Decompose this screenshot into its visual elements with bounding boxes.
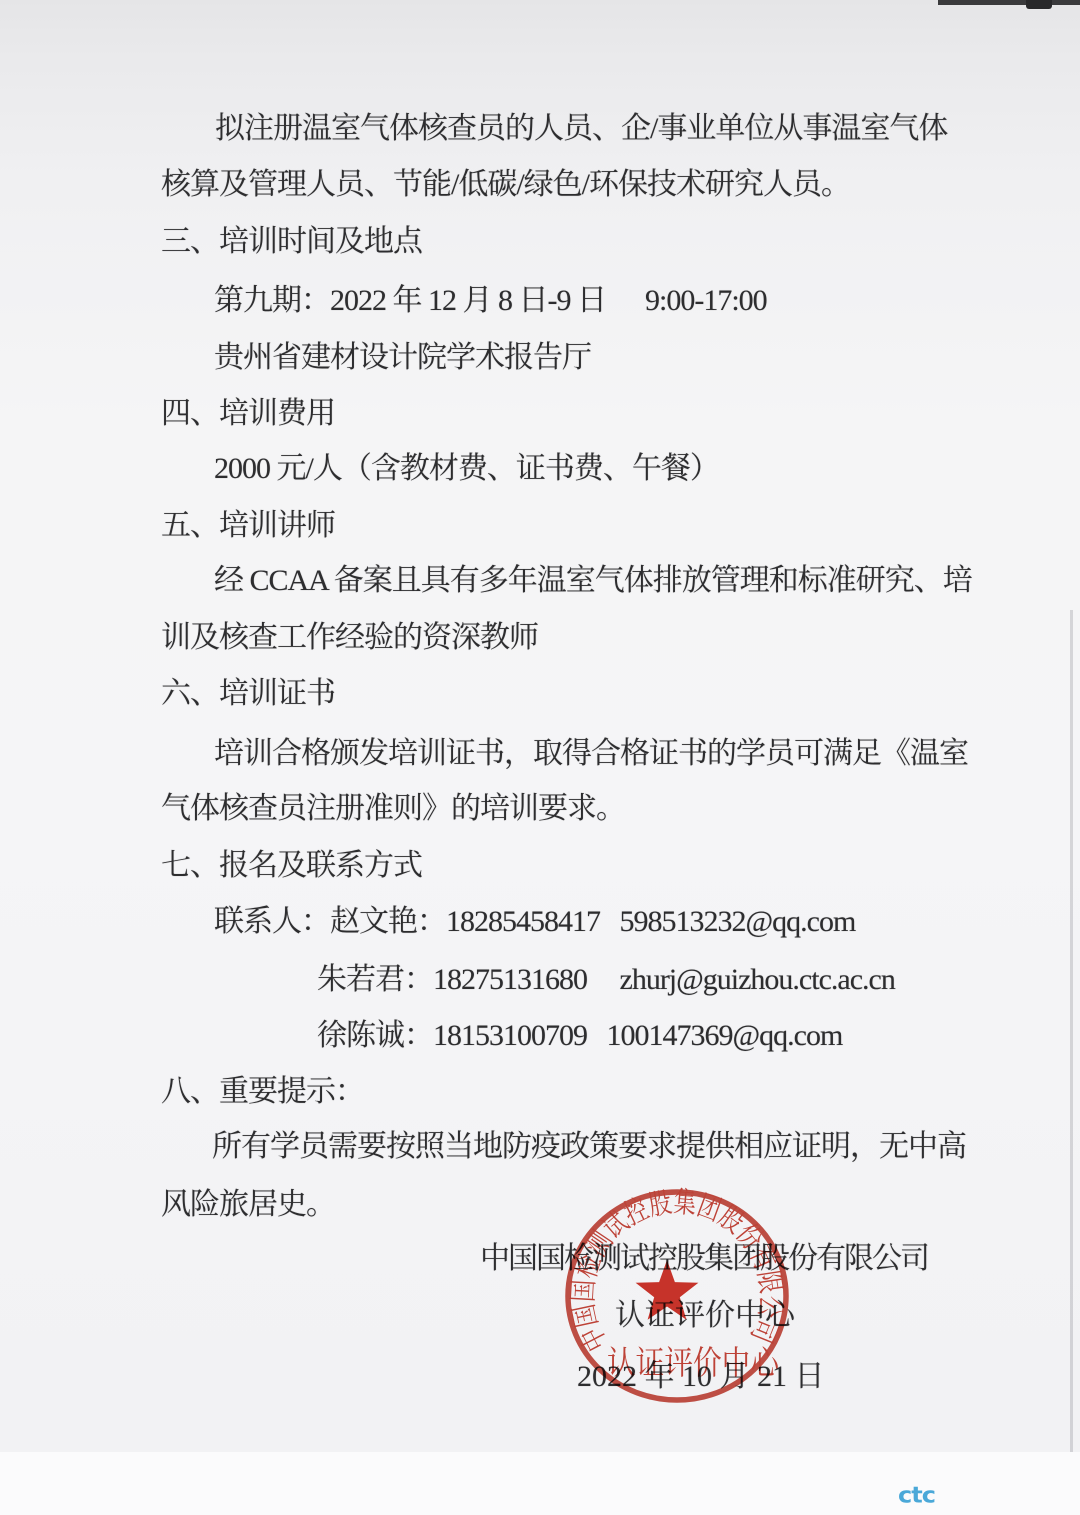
doc-line-audience-1: 拟注册温室气体核查员的人员、企/事业单位从事温室气体 bbox=[215, 112, 947, 147]
scan-edge-line bbox=[1070, 610, 1073, 1452]
seal-star-icon bbox=[636, 1260, 699, 1320]
section-5-heading: 五、培训讲师 bbox=[161, 509, 335, 544]
doc-line-contact-3: 徐陈诚：18153100709 100147369@qq.com bbox=[317, 1019, 842, 1054]
doc-line-audience-2: 核算及管理人员、节能/低碳/绿色/环保技术研究人员。 bbox=[161, 168, 850, 203]
company-seal: 中国国检测试控股集团股份有限公司 认证评价中心 bbox=[555, 1182, 805, 1422]
seal-ring-text: 中国国检测试控股集团股份有限公司 bbox=[568, 1185, 787, 1356]
doc-line-contact-1: 联系人：赵文艳：18285458417 598513232@qq.com bbox=[214, 905, 855, 940]
doc-line-certificate-1: 培训合格颁发培训证书，取得合格证书的学员可满足《温室 bbox=[214, 737, 968, 772]
ctc-logo: ctc bbox=[898, 1482, 935, 1508]
section-4-heading: 四、培训费用 bbox=[161, 397, 335, 432]
doc-line-lecturer-1: 经 CCAA 备案且具有多年温室气体排放管理和标准研究、培 bbox=[214, 564, 972, 599]
doc-line-lecturer-2: 训及核查工作经验的资深教师 bbox=[161, 621, 538, 656]
seal-ring-text-holder: 中国国检测试控股集团股份有限公司 bbox=[568, 1185, 787, 1356]
scanned-document-page: 拟注册温室气体核查员的人员、企/事业单位从事温室气体 核算及管理人员、节能/低碳… bbox=[0, 0, 1080, 1515]
scan-artifact-top-strip bbox=[938, 0, 1080, 5]
doc-line-contact-2: 朱若君：18275131680 zhurj@guizhou.ctc.ac.cn bbox=[317, 963, 895, 998]
scan-artifact-top-blob bbox=[1026, 0, 1052, 9]
doc-line-notice-1: 所有学员需要按照当地防疫政策要求提供相应证明，无中高 bbox=[212, 1130, 966, 1165]
section-7-heading: 七、报名及联系方式 bbox=[161, 849, 422, 884]
doc-line-certificate-2: 气体核查员注册准则》的培训要求。 bbox=[161, 792, 625, 827]
section-6-heading: 六、培训证书 bbox=[161, 677, 335, 712]
section-8-heading: 八、重要提示： bbox=[161, 1075, 364, 1110]
doc-line-venue: 贵州省建材设计院学术报告厅 bbox=[214, 341, 591, 376]
doc-line-fee: 2000 元/人（含教材费、证书费、午餐） bbox=[214, 452, 719, 487]
seal-center-text: 认证评价中心 bbox=[607, 1345, 781, 1382]
doc-line-session-time: 第九期：2022 年 12 月 8 日-9 日 9:00-17:00 bbox=[214, 284, 767, 319]
section-3-heading: 三、培训时间及地点 bbox=[161, 225, 422, 260]
doc-line-notice-2: 风险旅居史。 bbox=[161, 1188, 335, 1223]
